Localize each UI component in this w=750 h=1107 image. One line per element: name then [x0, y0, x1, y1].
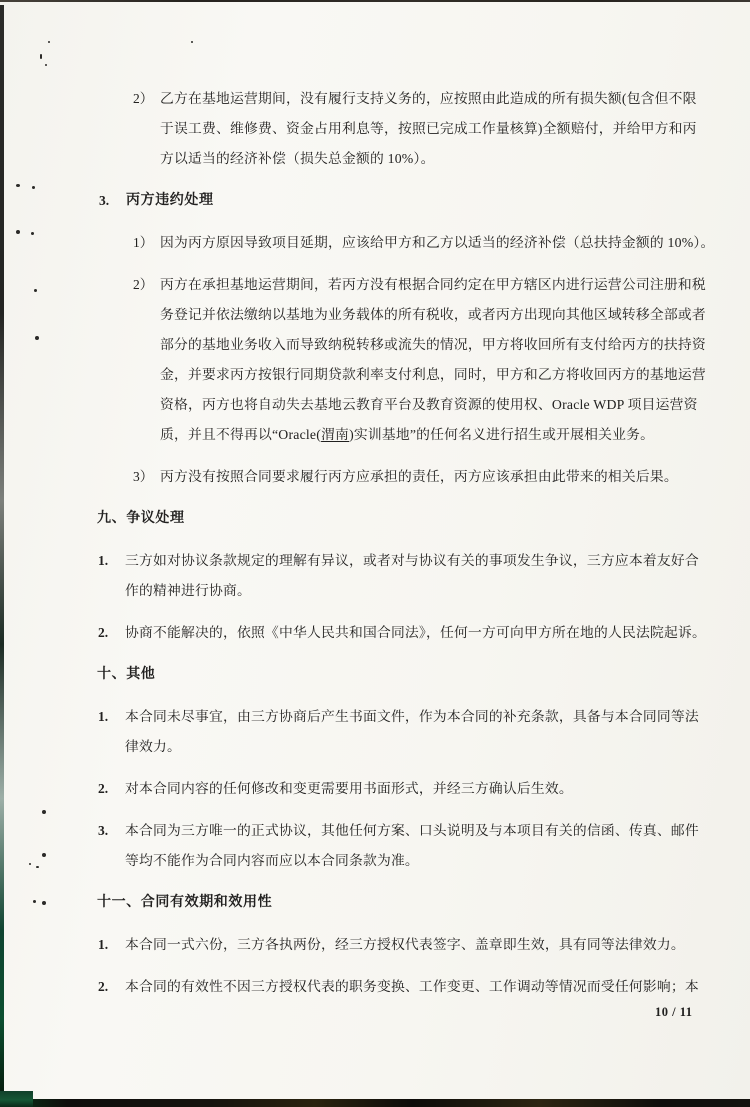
section-title: 九、争议处理 [97, 504, 185, 534]
item-line: 协商不能解决的，依照《中华人民共和国合同法》，任何一方可向甲方所在地的人民法院起… [125, 618, 706, 648]
heading-title: 丙方违约处理 [126, 186, 214, 216]
scan-edge-left [0, 5, 4, 1107]
scan-speck [32, 186, 35, 189]
section-9-item-2: 2. 协商不能解决的，依照《中华人民共和国合同法》，任何一方可向甲方所在地的人民… [0, 618, 750, 648]
clause-line: 部分的基地业务收入而导致纳税转移或流失的情况，甲方将收回所有支付给丙方的扶持资 [160, 330, 706, 360]
item-line: 对本合同内容的任何修改和变更需要用书面形式，并经三方确认后生效。 [125, 774, 573, 804]
item-number: 2. [98, 972, 125, 1002]
clause-line: 因为丙方原因导致项目延期，应该给甲方和乙方以适当的经济补偿（总扶持金额的 10%… [160, 228, 715, 258]
item-line: 本合同一式六份，三方各执两份，经三方授权代表签字、盖章即生效，具有同等法律效力。 [125, 930, 685, 960]
scan-speck [31, 232, 34, 235]
scan-speck [34, 289, 37, 292]
breach-c-sub3: 3） 丙方没有按照合同要求履行丙方应承担的责任，丙方应该承担由此带来的相关后果。 [0, 462, 750, 492]
clause-line: 务登记并依法缴纳以基地为业务载体的所有税收，或者丙方出现向其他区域转移全部或者 [160, 300, 706, 330]
breach-c-heading: 3. 丙方违约处理 [0, 186, 750, 216]
item-text: 三方如对协议条款规定的理解有异议，或者对与协议有关的事项发生争议，三方应本着友好… [125, 546, 699, 606]
clause-line: 方以适当的经济补偿（损失总金额的 10%）。 [160, 144, 697, 174]
scan-speck [42, 901, 46, 905]
clause-number: 2） [133, 270, 160, 450]
item-line: 本合同的有效性不因三方授权代表的职务变换、工作变更、工作调动等情况而受任何影响；… [125, 972, 699, 1002]
scan-speck [42, 810, 46, 814]
item-line: 本合同未尽事宜，由三方协商后产生书面文件，作为本合同的补充条款，具备与本合同同等… [125, 702, 699, 732]
scan-speck [29, 863, 31, 865]
heading-number: 3. [99, 186, 126, 216]
item-number: 2. [98, 618, 125, 648]
section-11-item-2: 2. 本合同的有效性不因三方授权代表的职务变换、工作变更、工作调动等情况而受任何… [0, 972, 750, 1002]
scan-speck [33, 900, 36, 903]
item-line: 本合同为三方唯一的正式协议，其他任何方案、口头说明及与本项目有关的信函、传真、邮… [125, 816, 699, 846]
clause-text: 乙方在基地运营期间，没有履行支持义务的，应按照由此造成的所有损失额(包含但不限 … [160, 84, 697, 174]
scanned-contract-page: 2） 乙方在基地运营期间，没有履行支持义务的，应按照由此造成的所有损失额(包含但… [0, 0, 750, 1107]
item-number: 1. [98, 546, 125, 606]
scan-edge-top [0, 0, 750, 2]
item-text: 本合同为三方唯一的正式协议，其他任何方案、口头说明及与本项目有关的信函、传真、邮… [125, 816, 699, 876]
scan-corner-mark [0, 1091, 33, 1107]
clause-line-with-underline: 质，并且不得再以“Oracle(渭南)实训基地”的任何名义进行招生或开展相关业务… [160, 420, 706, 450]
scan-speck [48, 41, 50, 43]
section-title: 十一、合同有效期和效用性 [97, 888, 272, 918]
item-number: 1. [98, 702, 125, 762]
item-text: 本合同未尽事宜，由三方协商后产生书面文件，作为本合同的补充条款，具备与本合同同等… [125, 702, 699, 762]
section-9-item-1: 1. 三方如对协议条款规定的理解有异议，或者对与协议有关的事项发生争议，三方应本… [0, 546, 750, 606]
section-10-heading: 十、其他 [0, 660, 750, 690]
item-line: 三方如对协议条款规定的理解有异议，或者对与协议有关的事项发生争议，三方应本着友好… [125, 546, 699, 576]
clause-line: 丙方没有按照合同要求履行丙方应承担的责任，丙方应该承担由此带来的相关后果。 [160, 462, 678, 492]
clause-line: 资格，丙方也将自动失去基地云教育平台及教育资源的使用权、Oracle WDP 项… [160, 390, 706, 420]
clause-line: 丙方在承担基地运营期间，若丙方没有根据合同约定在甲方辖区内进行运营公司注册和税 [160, 270, 706, 300]
scan-speck [191, 41, 193, 43]
scan-speck [35, 336, 39, 340]
page-number: 10 / 11 [655, 1003, 693, 1021]
underlined-location-name: 渭南 [321, 427, 349, 442]
clause-line: 金，并要求丙方按银行同期贷款利率支付利息，同时，甲方和乙方将收回丙方的基地运营 [160, 360, 706, 390]
clause-line-suffix: )实训基地”的任何名义进行招生或开展相关业务。 [349, 427, 654, 442]
clause-number: 2） [133, 84, 160, 174]
item-line: 等均不能作为合同内容而应以本合同条款为准。 [125, 846, 699, 876]
section-9-heading: 九、争议处理 [0, 504, 750, 534]
section-10-item-3: 3. 本合同为三方唯一的正式协议，其他任何方案、口头说明及与本项目有关的信函、传… [0, 816, 750, 876]
breach-c-sub1: 1） 因为丙方原因导致项目延期，应该给甲方和乙方以适当的经济补偿（总扶持金额的 … [0, 228, 750, 258]
section-10-item-1: 1. 本合同未尽事宜，由三方协商后产生书面文件，作为本合同的补充条款，具备与本合… [0, 702, 750, 762]
clause-line-prefix: 质，并且不得再以“Oracle( [160, 427, 321, 442]
scan-speck [42, 853, 46, 857]
item-number: 1. [98, 930, 125, 960]
clause-number: 1） [133, 228, 160, 258]
clause-number: 3） [133, 462, 160, 492]
section-11-item-1: 1. 本合同一式六份，三方各执两份，经三方授权代表签字、盖章即生效，具有同等法律… [0, 930, 750, 960]
breach-c-sub2: 2） 丙方在承担基地运营期间，若丙方没有根据合同约定在甲方辖区内进行运营公司注册… [0, 270, 750, 450]
clause-text: 丙方在承担基地运营期间，若丙方没有根据合同约定在甲方辖区内进行运营公司注册和税 … [160, 270, 706, 450]
item-number: 3. [98, 816, 125, 876]
section-10-item-2: 2. 对本合同内容的任何修改和变更需要用书面形式，并经三方确认后生效。 [0, 774, 750, 804]
clause-line: 于误工费、维修费、资金占用利息等，按照已完成工作量核算)全额赔付，并给甲方和丙 [160, 114, 697, 144]
scan-speck [36, 866, 39, 868]
scan-speck [16, 230, 20, 234]
item-number: 2. [98, 774, 125, 804]
contract-body: 2） 乙方在基地运营期间，没有履行支持义务的，应按照由此造成的所有损失额(包含但… [0, 84, 750, 1014]
scan-edge-bottom [0, 1099, 750, 1107]
section-title: 十、其他 [97, 660, 155, 690]
item-line: 律效力。 [125, 732, 699, 762]
item-line: 作的精神进行协商。 [125, 576, 699, 606]
scan-speck [45, 64, 47, 66]
clause-b-sub2: 2） 乙方在基地运营期间，没有履行支持义务的，应按照由此造成的所有损失额(包含但… [0, 84, 750, 174]
section-11-heading: 十一、合同有效期和效用性 [0, 888, 750, 918]
clause-line: 乙方在基地运营期间，没有履行支持义务的，应按照由此造成的所有损失额(包含但不限 [160, 84, 697, 114]
scan-speck [40, 54, 42, 59]
scan-speck [16, 184, 20, 187]
